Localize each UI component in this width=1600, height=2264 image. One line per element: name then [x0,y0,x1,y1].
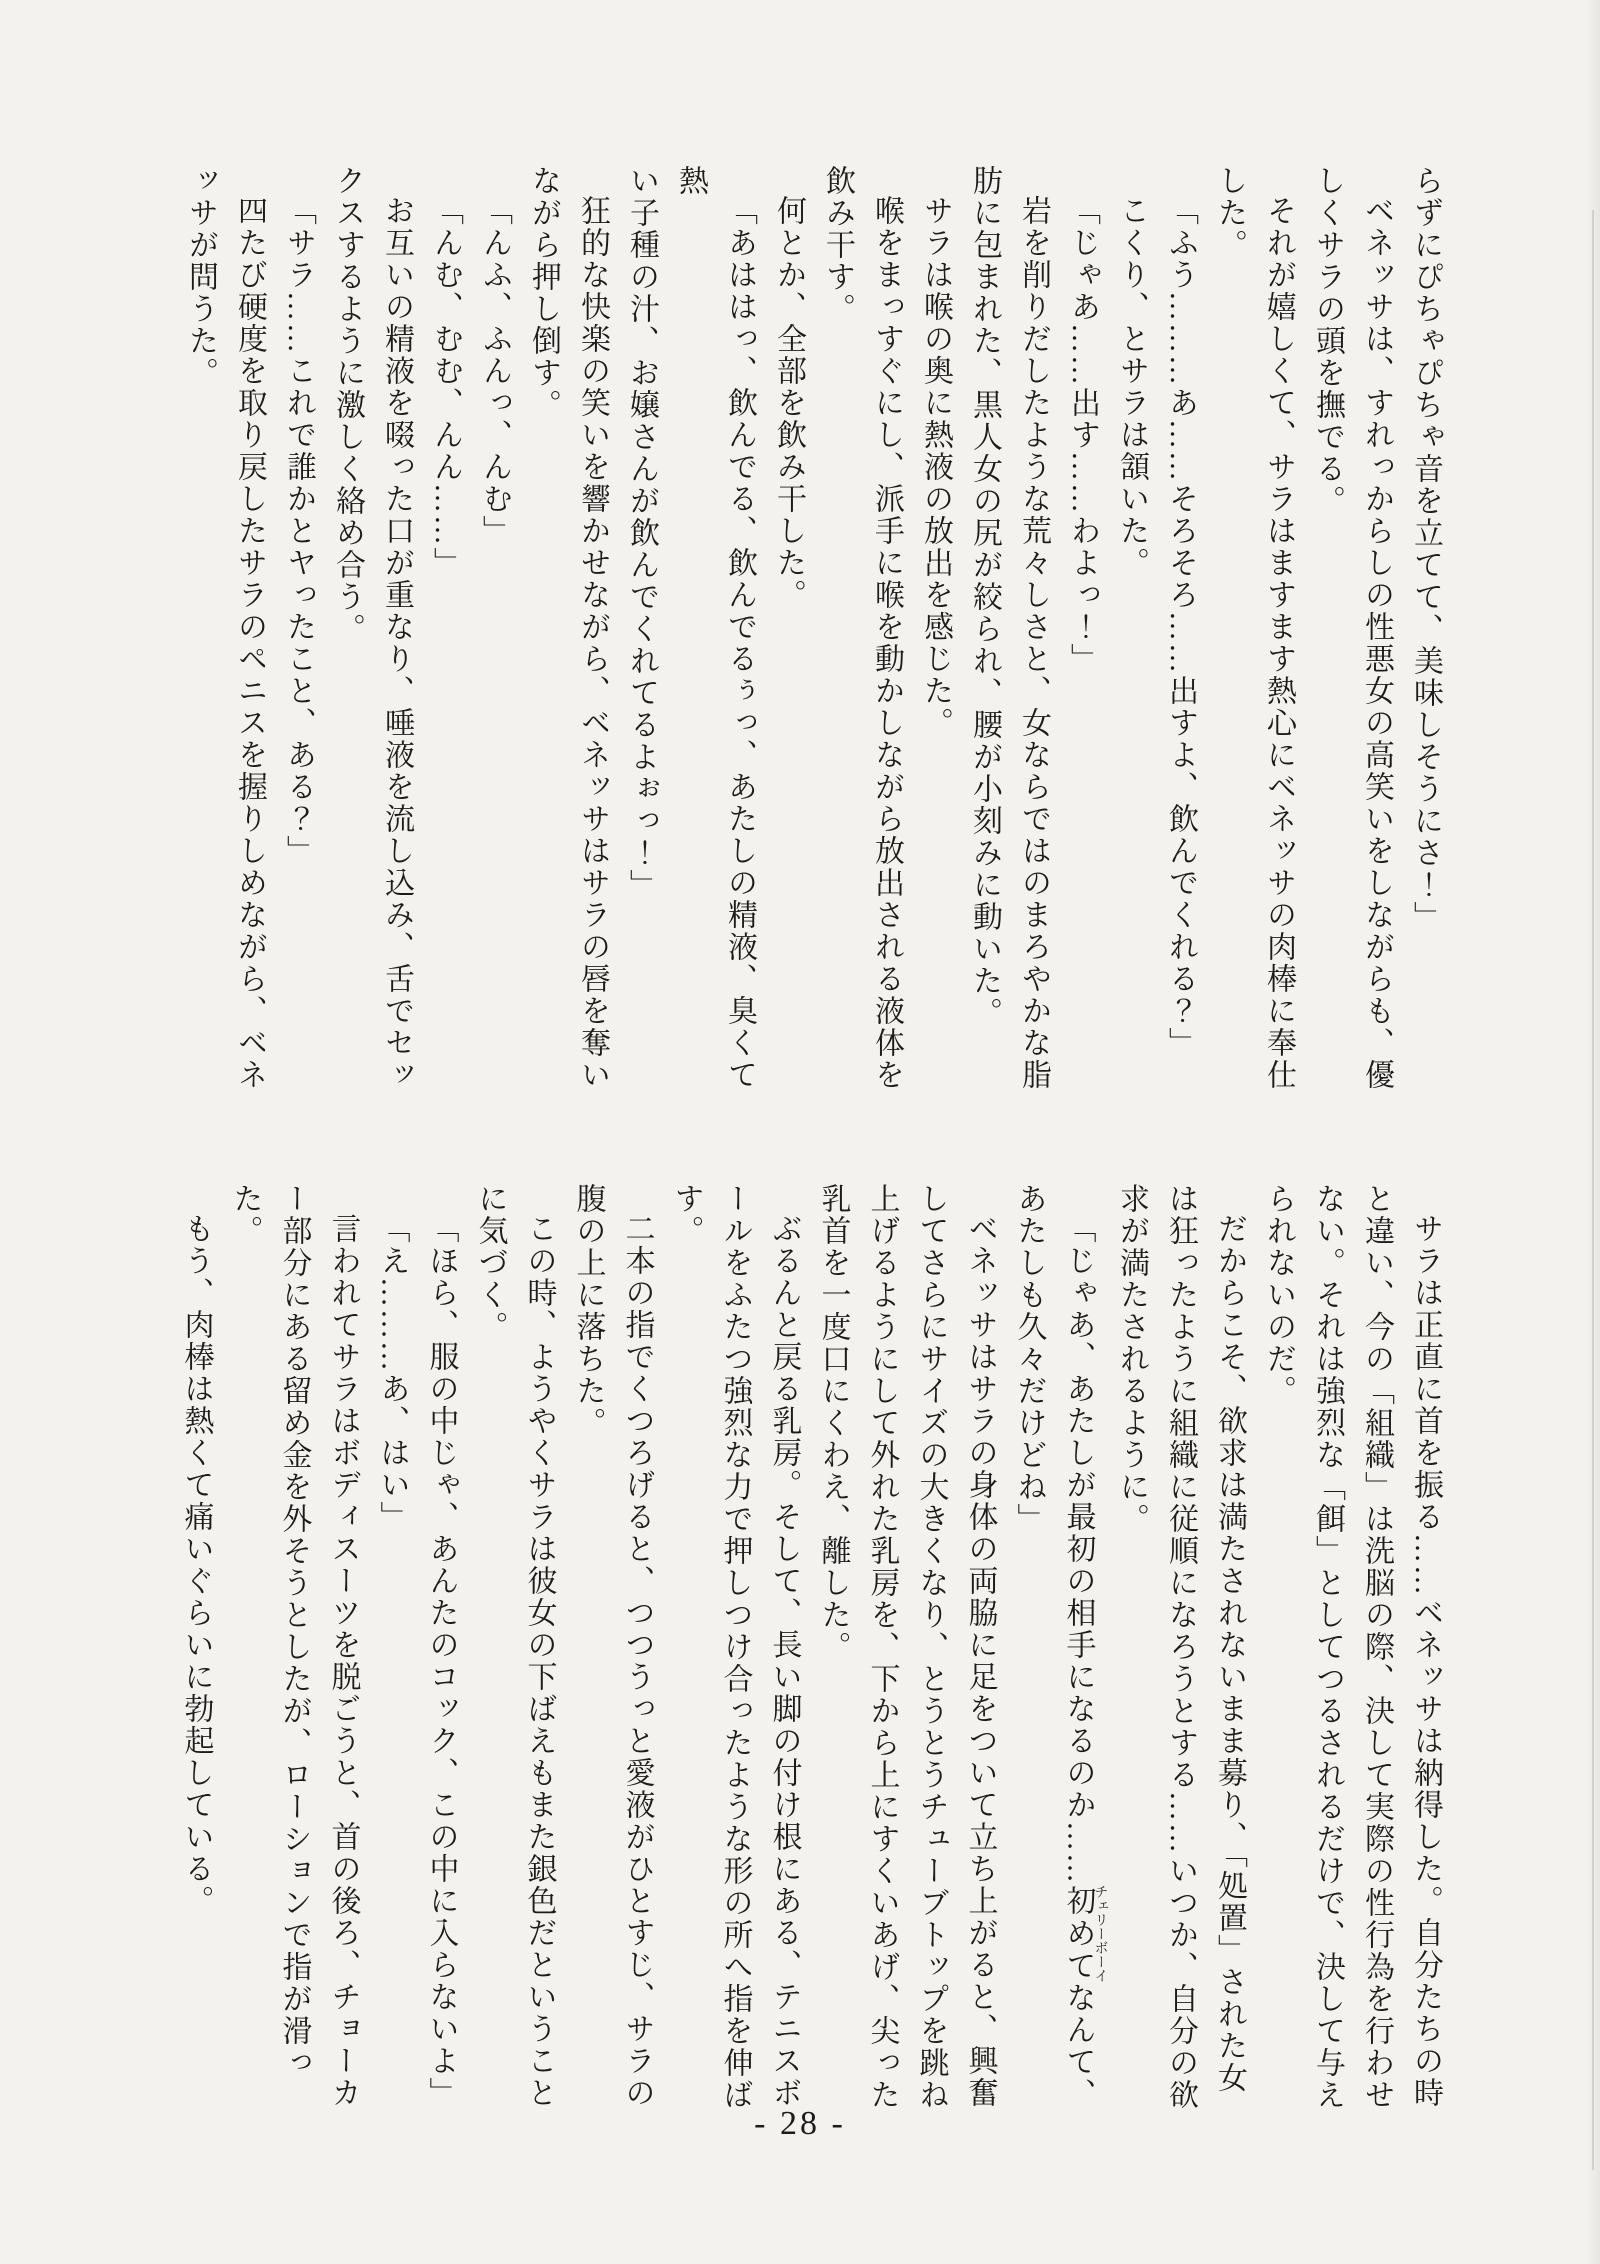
text-column: もう、肉棒は熱くて痛いぐらいに勃起している。 [172,1183,221,2118]
text-column: 二本の指でくつろげると、つつうっと愛液がひとすじ、サラの [613,1183,662,2118]
text-block-bottom: サラは正直に首を振る……ベネッサは納得した。自分たちの時と違い、今の「組織」は洗… [172,1183,1451,2118]
text-column: あたしも久々だけどね」 [1005,1183,1054,2118]
text-column: 「じゃあ……出す……わよっ！」 [1058,165,1107,1100]
text-column: 「サラ……これで誰かとヤったこと、ある？」 [274,165,323,1100]
text-column: ぶるんと戻る乳房。そして、長い脚の付け根にある、テニスボ [760,1183,809,2118]
text-column: 乳首を一度口にくわえ、離した。 [809,1183,858,2118]
scan-edge-shadow [1586,0,1600,2264]
text-column: 「じゃあ、あたしが最初の相手になるのか……初めてチェリーボーイなんて、 [1054,1183,1108,2118]
text-column: い子種の汁、お嬢さんが飲んでくれてるよぉっ！」 [617,165,666,1100]
text-column: 狂的な快楽の笑いを響かせながら、ベネッサはサラの唇を奪い [568,165,617,1100]
scanned-novel-page: らずにぴちゃぴちゃ音を立てて、美味しそうにさ！」ベネッサは、すれっからしの性悪女… [0,0,1600,2264]
text-column: しくサラの頭を撫でる。 [1303,165,1352,1100]
text-column: 「え………あ、はい」 [368,1183,417,2118]
text-column: ー部分にある留め金を外そうとしたが、ローションで指が滑った。 [221,1183,319,2118]
text-column: クスするように激しく絡め合う。 [323,165,372,1100]
ruby-reading: チェリーボーイ [1093,1885,1108,1983]
text-column: この時、ようやくサラは彼女の下ばえもまた銀色だということ [515,1183,564,2118]
text-column: ッサが問うた。 [176,165,225,1100]
text-column: 求が満たされるように。 [1107,1183,1156,2118]
text-column: だからこそ、欲求は満たされないまま募り、「処置」された女 [1205,1183,1254,2118]
text-column: 喉をまっすぐにし、派手に喉を動かしながら放出される液体を [862,165,911,1100]
text-column: ない。それは強烈な「餌」としてつるされるだけで、決して与え [1303,1183,1352,2118]
text-column: 「んふ、ふんっ、んむ」 [470,165,519,1100]
text-column: 上げるようにして外れた乳房を、下から上にすくいあげ、尖った [858,1183,907,2118]
text-column: ながら押し倒す。 [519,165,568,1100]
text-column: 肪に包まれた、黒人女の尻が絞られ、腰が小刻みに動いた。 [960,165,1009,1100]
text-column: 言われてサラはボディスーツを脱ごうと、首の後ろ、チョーカ [319,1183,368,2118]
text-column: 腹の上に落ちた。 [564,1183,613,2118]
text-column: と違い、今の「組織」は洗脳の際、決して実際の性行為を行わせ [1352,1183,1401,2118]
ruby-base: 初めて [1062,1885,1095,1983]
text-column: こくり、とサラは頷いた。 [1107,165,1156,1100]
text-column: 「あははっ、飲んでる、飲んでるぅっ、あたしの精液、臭くて熱 [666,165,764,1100]
text-column: サラは正直に首を振る……ベネッサは納得した。自分たちの時 [1401,1183,1450,2118]
text-column: した。 [1205,165,1254,1100]
text-column: 「ふう………あ……そろそろ……出すよ、飲んでくれる？」 [1156,165,1205,1100]
text-column: 何とか、全部を飲み干した。 [764,165,813,1100]
text-column: 四たび硬度を取り戻したサラのペニスを握りしめながら、ベネ [225,165,274,1100]
text-block-top: らずにぴちゃぴちゃ音を立てて、美味しそうにさ！」ベネッサは、すれっからしの性悪女… [176,165,1450,1100]
text-column: お互いの精液を啜った口が重なり、唾液を流し込み、舌でセッ [372,165,421,1100]
text-column: らずにぴちゃぴちゃ音を立てて、美味しそうにさ！」 [1401,165,1450,1100]
text-column: す。 [662,1183,711,2118]
page-number: - 28 - [0,2105,1600,2143]
text-column: 「んむ、むむ、んん……」 [421,165,470,1100]
text-column: は狂ったように組織に従順になろうとする……いつか、自分の欲 [1156,1183,1205,2118]
text-column: に気づく。 [466,1183,515,2118]
text-column: 「ほら、服の中じゃ、あんたのコック、この中に入らないよ」 [417,1183,466,2118]
text-column: ールをふたつ強烈な力で押しつけ合ったような形の所へ指を伸ば [711,1183,760,2118]
text-column: 岩を削りだしたような荒々しさと、女ならではのまろやかな脂 [1009,165,1058,1100]
text-column: サラは喉の奥に熱液の放出を感じた。 [911,165,960,1100]
ruby-annotation: 初めてチェリーボーイ [1062,1885,1095,1982]
ruby-post-text: なんて、 [1062,1982,1095,2110]
text-column: ベネッサはサラの身体の両脇に足をついて立ち上がると、興奮 [956,1183,1005,2118]
text-column: それが嬉しくて、サラはますます熱心にベネッサの肉棒に奉仕 [1254,165,1303,1100]
text-column: られないのだ。 [1254,1183,1303,2118]
ruby-pre-text: 「じゃあ、あたしが最初の相手になるのか…… [1062,1213,1095,1885]
text-column: ベネッサは、すれっからしの性悪女の高笑いをしながらも、優 [1352,165,1401,1100]
text-column: 飲み干す。 [813,165,862,1100]
text-column: してさらにサイズの大きくなり、とうとうチューブトップを跳ね [907,1183,956,2118]
